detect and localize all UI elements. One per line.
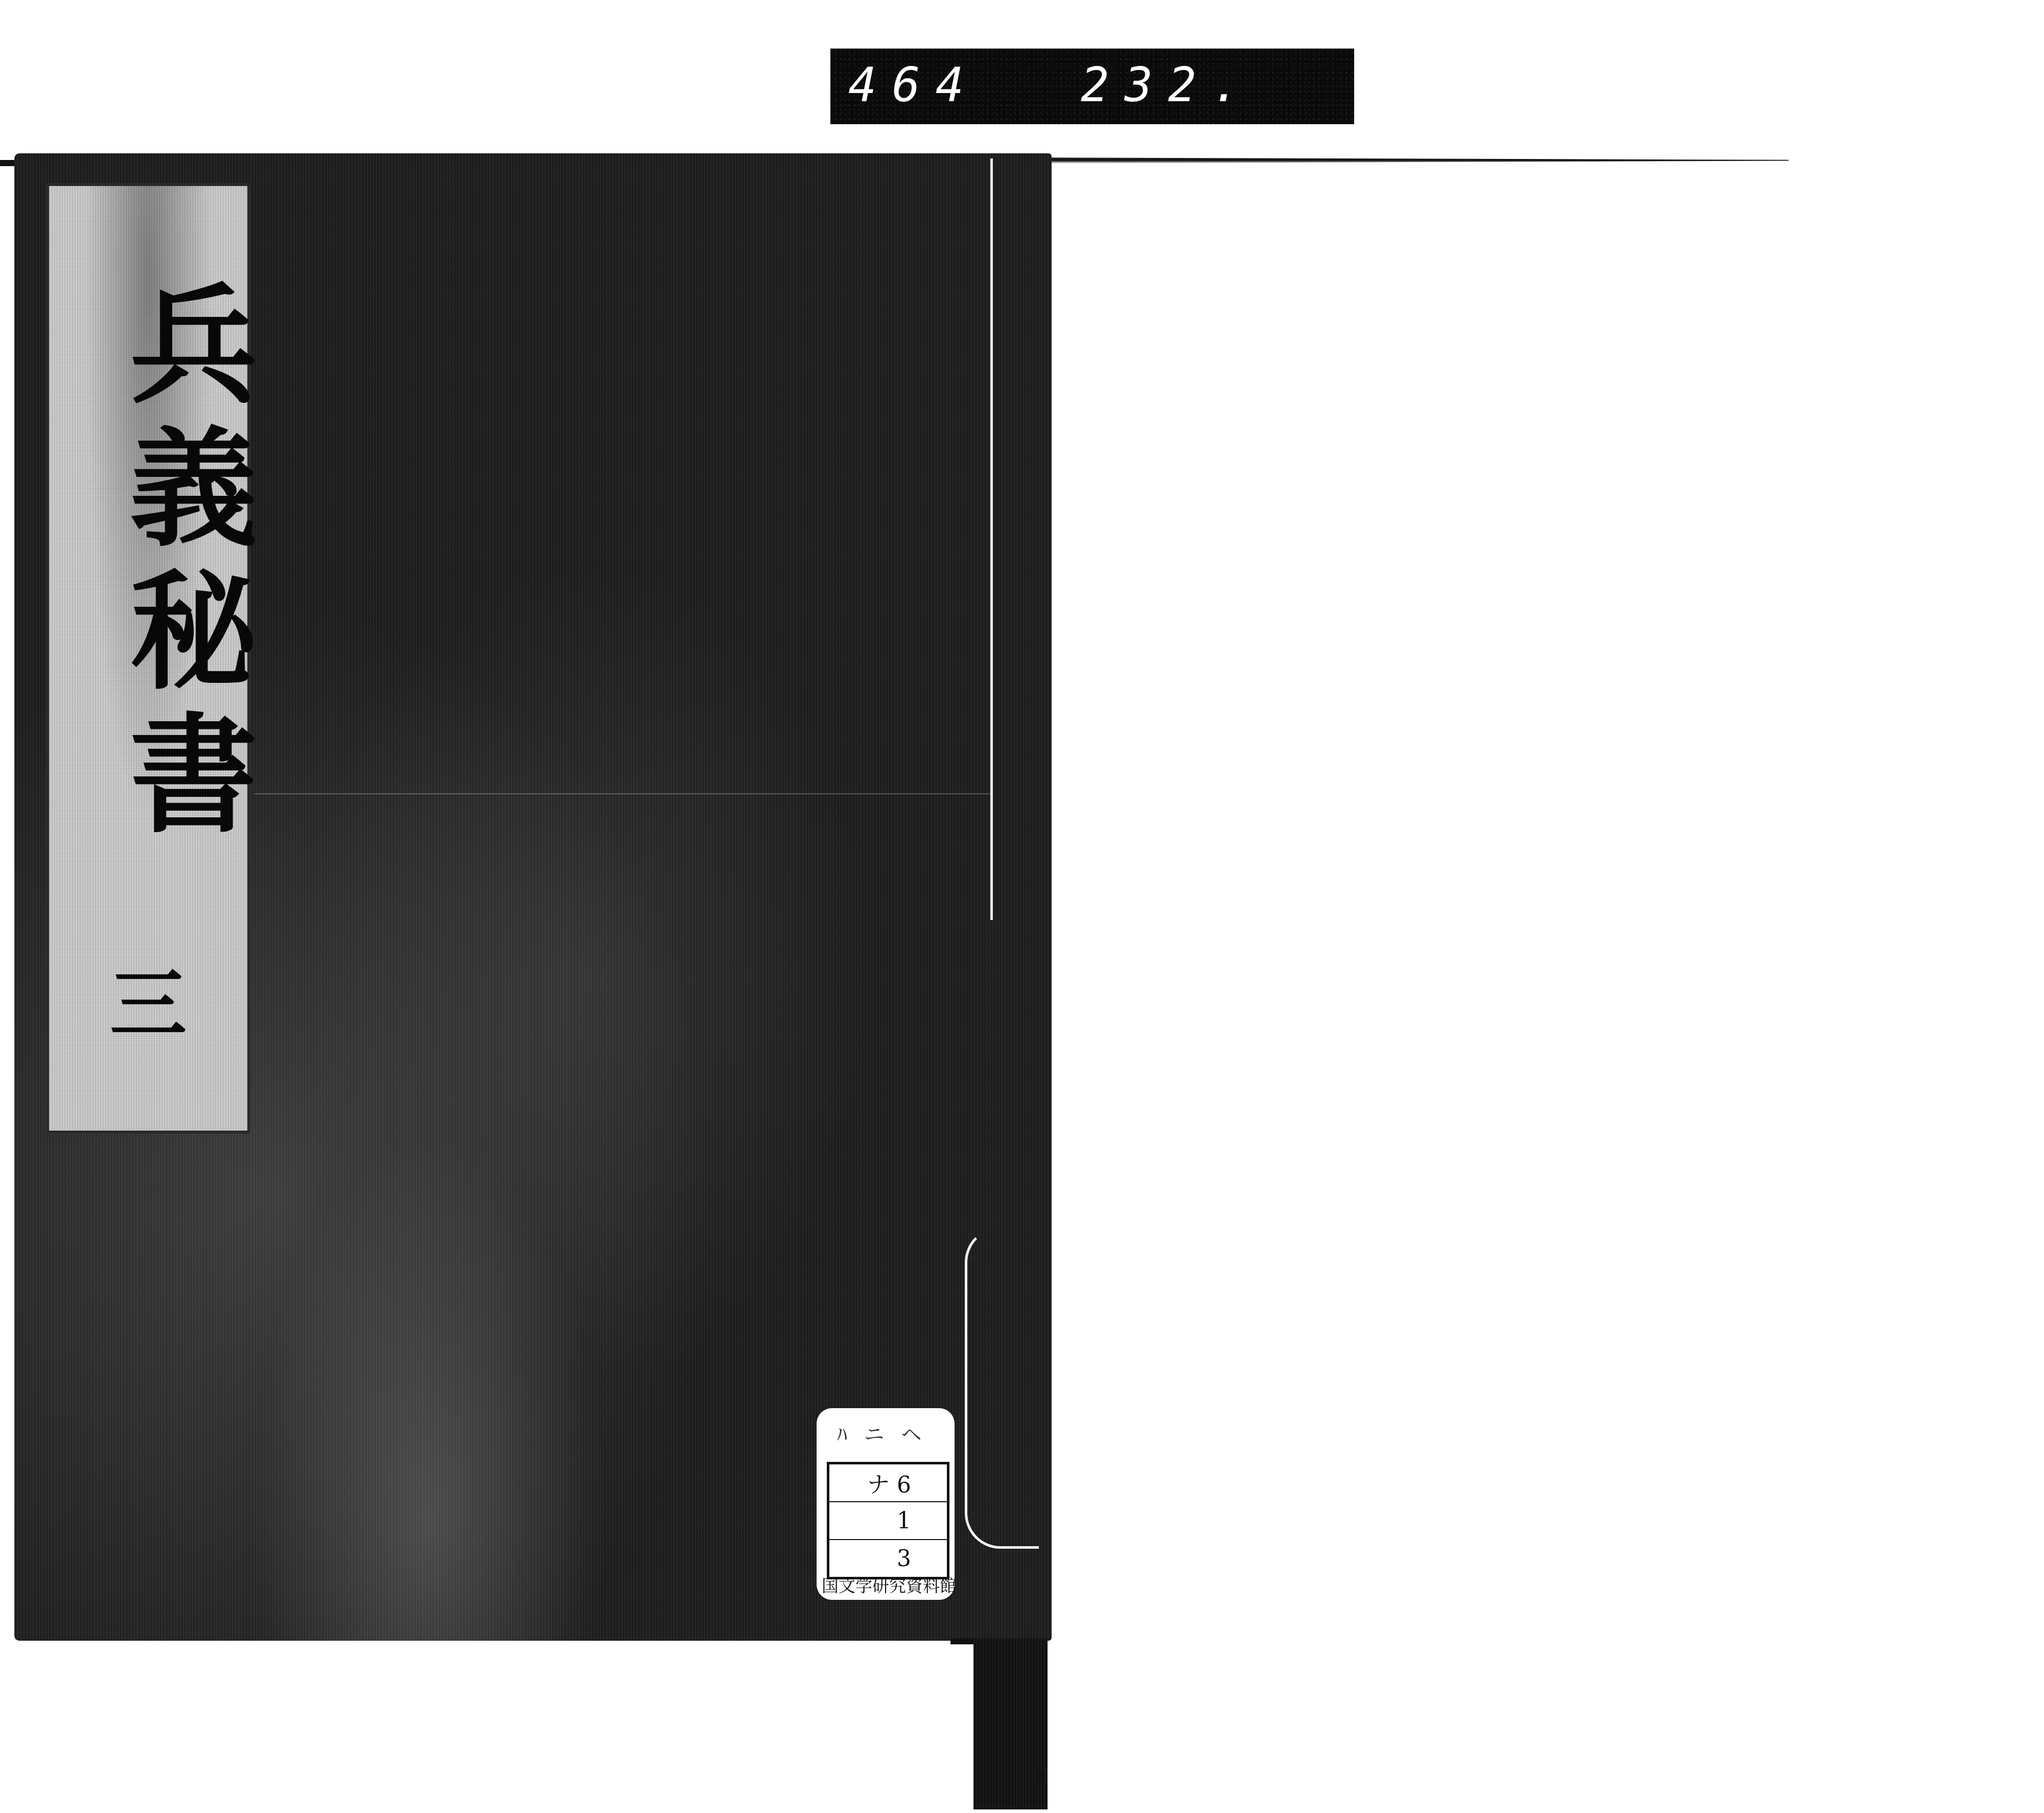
- institution-name: 国文学研究資料館: [822, 1573, 949, 1597]
- scan-speck: [1037, 1774, 1044, 1778]
- library-call-number-label: ﾊ ニ ヘ ナ 6 1 3 国文学研究資料館: [817, 1408, 955, 1600]
- frame-number: 232.: [1081, 58, 1256, 112]
- reel-number: 464: [848, 58, 979, 112]
- page-edge-rule: [1017, 157, 1788, 164]
- loose-binding-thread: [965, 1227, 1039, 1549]
- bottom-edge-stub: [950, 1638, 975, 1644]
- label-stamp-mark: ﾊ ニ ヘ: [837, 1418, 926, 1448]
- cover-crease: [254, 793, 990, 794]
- call-number-cell: ナ 6: [828, 1463, 948, 1502]
- book-title: 兵義秘書: [49, 232, 247, 897]
- volume-number: 三: [49, 943, 247, 1053]
- binding-thread-line: [990, 158, 993, 920]
- call-number-cell: 1: [828, 1502, 948, 1540]
- call-number-row: 1: [828, 1502, 948, 1540]
- book-tail-tab: [973, 1638, 1048, 1809]
- film-frame-counter: 464 232.: [830, 49, 1354, 124]
- title-slip: 兵義秘書 三: [46, 183, 250, 1134]
- call-number-table: ナ 6 1 3: [827, 1462, 949, 1579]
- call-number-row: ナ 6: [828, 1463, 948, 1502]
